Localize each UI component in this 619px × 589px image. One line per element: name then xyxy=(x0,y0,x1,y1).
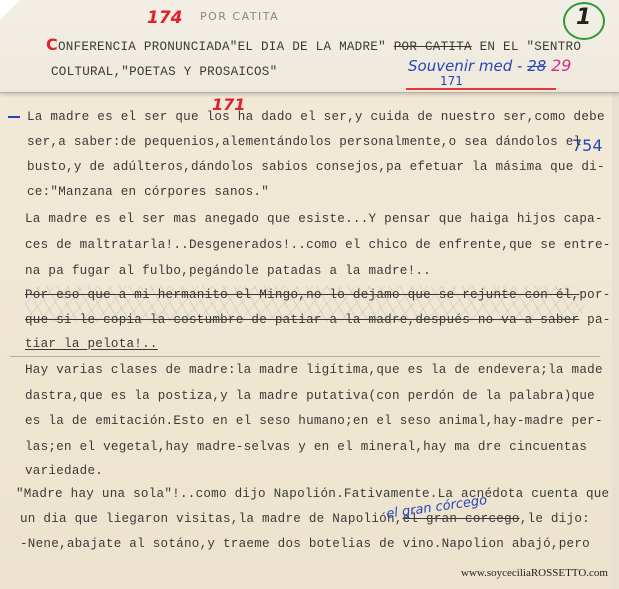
struck-line: que si le copia la costumbre de patiar a… xyxy=(25,313,611,327)
red-page-number: 174 xyxy=(147,8,183,28)
body-line: dastra,que es la postiza,y la madre puta… xyxy=(25,389,595,403)
struck-author: POR CATITA xyxy=(394,40,472,54)
body-line: ces de maltratarla!..Desgenerados!..como… xyxy=(25,238,611,252)
body-line: variedade. xyxy=(25,464,103,478)
title-line-1: CONFERENCIA PRONUNCIADA"EL DIA DE LA MAD… xyxy=(46,38,581,54)
handwritten-souvenir-note: Souvenir med - 28 29 xyxy=(408,56,571,75)
body-line: un dia que liegaron visitas,la madre de … xyxy=(20,512,590,526)
red-initial: C xyxy=(46,35,58,54)
page-edge xyxy=(612,92,619,589)
body-line: La madre es el ser que los ha dado el se… xyxy=(27,110,605,124)
red-page-number-body: 171 xyxy=(212,95,245,114)
margin-dash-mark xyxy=(8,116,20,118)
body-line: Hay varias clases de madre:la madre ligí… xyxy=(25,363,603,377)
folded-corner xyxy=(0,0,20,20)
body-line: las;en el vegetal,hay madre-selvas y en … xyxy=(25,440,587,454)
paper-fold-line xyxy=(10,356,600,357)
body-line: -Nene,abajate al sotáno,y traeme dos bot… xyxy=(20,537,590,551)
body-line: "Madre hay una sola"!..como dijo Napolió… xyxy=(16,487,609,501)
title-line-2: COLTURAL,"POETAS Y PROSAICOS" xyxy=(51,65,277,79)
watermark: www.soyceciliaROSSETTO.com xyxy=(461,567,608,579)
title-slip: 174 POR CATITA 1 CONFERENCIA PRONUNCIADA… xyxy=(0,0,619,93)
pencil-note: POR CATITA xyxy=(200,10,279,23)
handwritten-171: 171 xyxy=(440,74,463,88)
circled-page-number: 1 xyxy=(563,2,605,40)
struck-line: tiar la pelota!.. xyxy=(25,337,158,351)
red-underline-mark xyxy=(406,88,556,90)
body-line: na pa fugar al fulbo,pegándole patadas a… xyxy=(25,264,431,278)
body-line: busto,y de adúlteros,dándolos sabios con… xyxy=(27,160,605,174)
struck-line: Por eso que a mi hermanito el Mingo,no l… xyxy=(25,288,611,302)
body-line: es la de emitación.Esto en el seso human… xyxy=(25,414,603,428)
body-line: ce:"Manzana en córpores sanos." xyxy=(27,185,269,199)
body-line: ser,a saber:de pequenios,alementándolos … xyxy=(27,135,581,149)
body-line: La madre es el ser mas anegado que esist… xyxy=(25,212,603,226)
